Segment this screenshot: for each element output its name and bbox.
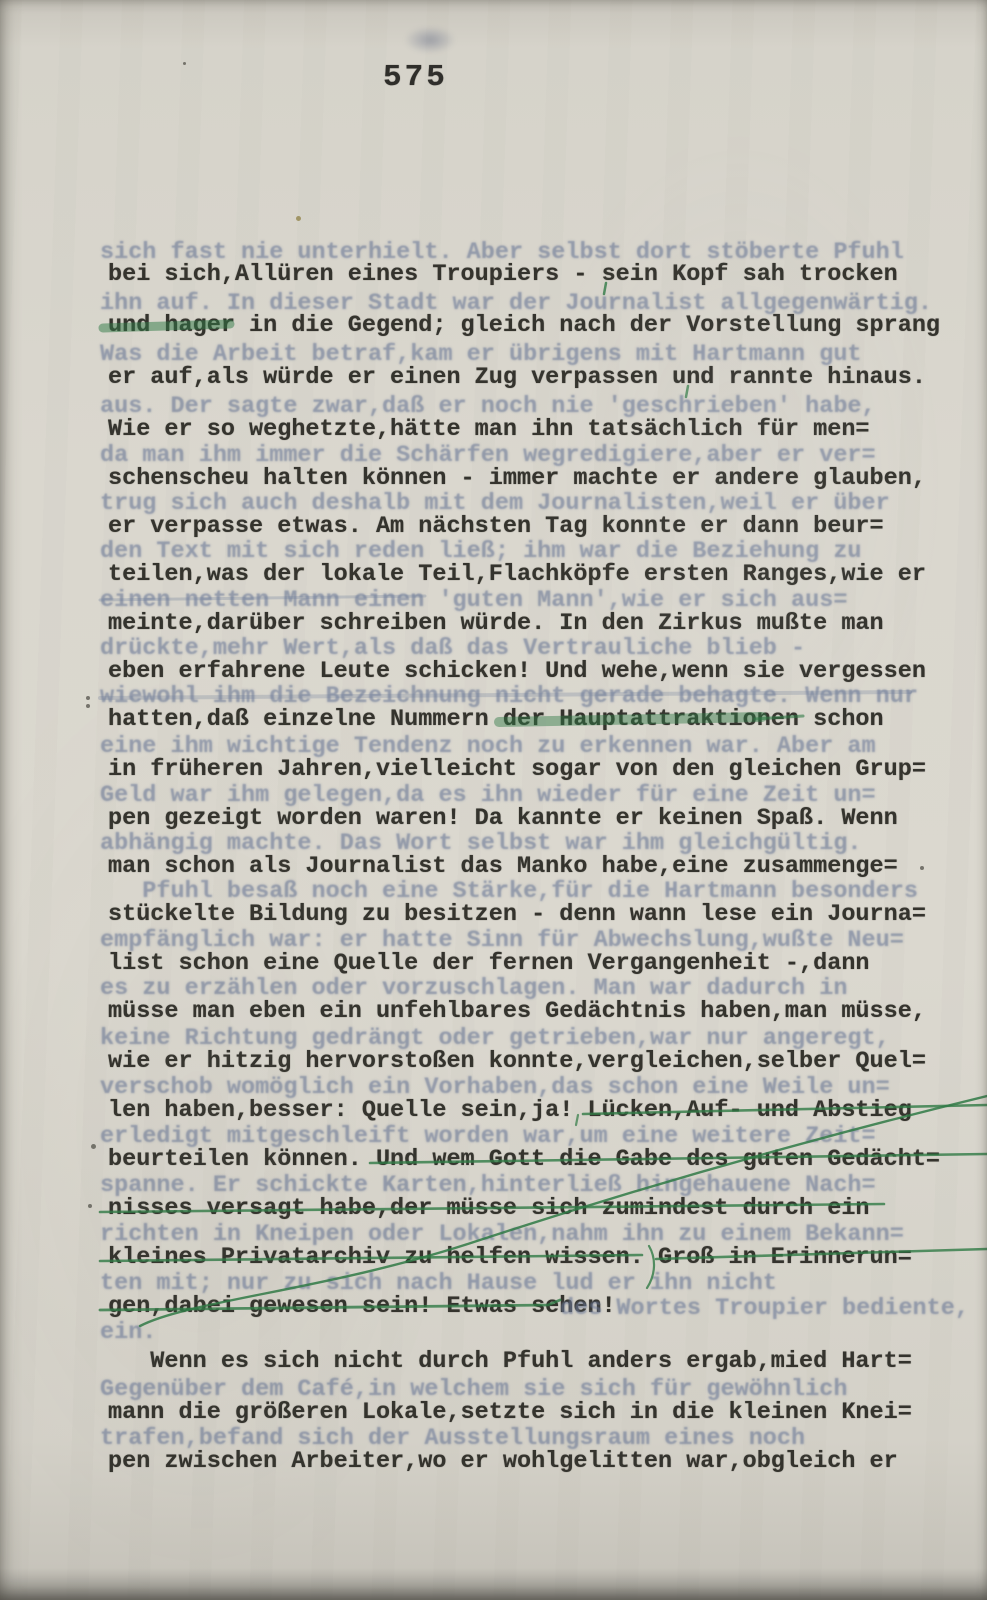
ink-smudge <box>404 26 456 54</box>
paper-speck <box>920 866 924 870</box>
typed-line: wie er hitzig hervorstoßen konnte,vergle… <box>108 1049 926 1075</box>
typed-line: und hager in die Gegend; gleich nach der… <box>108 313 940 339</box>
typed-line: er auf,als würde er einen Zug verpassen … <box>108 365 926 391</box>
typed-line: pen gezeigt worden waren! Da kannte er k… <box>108 806 898 832</box>
typed-line: man schon als Journalist das Manko habe,… <box>108 854 898 880</box>
paper-speck <box>86 696 90 700</box>
paper-speck <box>86 704 90 708</box>
typed-line: teilen,was der lokale Teil,Flachköpfe er… <box>108 562 926 588</box>
typed-line: müsse man eben ein unfehlbares Gedächtni… <box>108 999 926 1025</box>
typed-line: meinte,darüber schreiben würde. In den Z… <box>108 611 884 637</box>
typed-line: len haben,besser: Quelle sein,ja! Lücken… <box>108 1098 912 1124</box>
paper-speck <box>296 216 301 221</box>
bleedthrough-line: ein. <box>100 1320 156 1346</box>
typed-line: eben erfahrene Leute schicken! Und wehe,… <box>108 659 926 685</box>
photo-frame: { "page": { "number": "575" }, "colors":… <box>0 0 987 1600</box>
manuscript-page: 575 sich fast nie unterhielt. Aber selbs… <box>0 0 987 1600</box>
typed-line: pen zwischen Arbeiter,wo er wohlgelitten… <box>108 1449 898 1475</box>
paper-speck <box>91 1144 96 1149</box>
paper-speck <box>88 1204 92 1208</box>
typed-line: mann die größeren Lokale,setzte sich in … <box>108 1400 912 1426</box>
typed-line: bei sich,Allüren eines Troupiers - sein … <box>108 262 898 288</box>
typed-line: er verpasse etwas. Am nächsten Tag konnt… <box>108 514 884 540</box>
bleedthrough-line: des Wortes Troupier bediente, <box>560 1296 969 1322</box>
typed-line: beurteilen können. Und wem Gott die Gabe… <box>108 1147 940 1173</box>
typed-line: list schon eine Quelle der fernen Vergan… <box>108 951 870 977</box>
typed-line: gen,dabei gewesen sein! Etwas sehen! <box>108 1294 616 1320</box>
typed-line: nisses versagt habe,der müsse sich zumin… <box>108 1196 870 1222</box>
typed-line: Wie er so weghetzte,hätte man ihn tatsäc… <box>108 417 870 443</box>
typed-line: kleines Privatarchiv zu helfen wissen. G… <box>108 1245 912 1271</box>
typed-line: Wenn es sich nicht durch Pfuhl anders er… <box>108 1349 912 1375</box>
typed-line: hatten,daß einzelne Nummern der Hauptatt… <box>108 707 884 733</box>
paper-speck <box>183 62 186 65</box>
page-number: 575 <box>383 60 448 95</box>
typed-line: stückelte Bildung zu besitzen - denn wan… <box>108 902 926 928</box>
typed-line: schenscheu halten können - immer machte … <box>108 466 926 492</box>
typed-line: in früheren Jahren,vielleicht sogar von … <box>108 757 926 783</box>
